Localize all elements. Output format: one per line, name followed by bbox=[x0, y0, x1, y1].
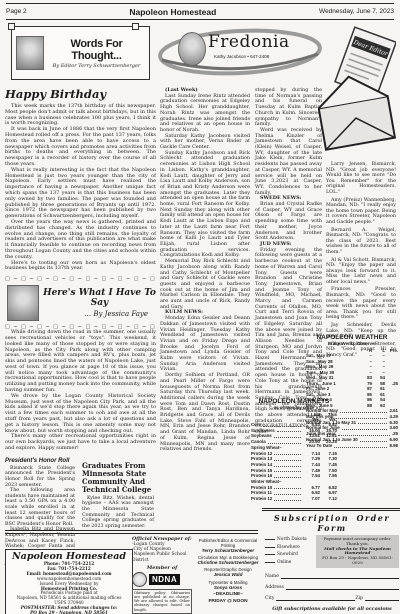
markets-box: NAPOLEON MARKETS as of Monday close Last… bbox=[251, 398, 337, 502]
plan-option: North Dakota bbox=[265, 535, 313, 543]
deadline-value: FRIDAY @ NOON bbox=[196, 599, 260, 604]
staff-box: Publisher/Editor & Commercial Printing T… bbox=[196, 536, 260, 605]
letter: Larry Jensen, Bismarck, ND: "Great job e… bbox=[326, 162, 396, 196]
market-row: Protein 127.077.12 bbox=[251, 496, 337, 502]
article-paragraph: We drove by the Logan County Historical … bbox=[5, 394, 156, 435]
article-paragraph: Word was received by Thelma Kinzler of J… bbox=[255, 128, 322, 196]
graduates-headline: Graduates From Minnesota State Community… bbox=[82, 462, 154, 494]
staff-role: Publisher/Editor & Commercial Printing bbox=[196, 538, 260, 548]
article-paragraph: It was back in June of 1886 that the ver… bbox=[5, 127, 156, 168]
honor-roll-headline: President's Honor Roll bbox=[5, 458, 75, 464]
col-last-week: Last Wk. bbox=[303, 412, 320, 422]
happy-birthday-article: This week marks the 137th birthday of th… bbox=[5, 104, 156, 272]
article-paragraph: Dorthy Solhiem of Portland, OR and Pearl… bbox=[160, 373, 250, 453]
article-paragraph: The following area students have maintai… bbox=[5, 488, 75, 527]
page-number: Page 2 bbox=[6, 8, 27, 15]
page-header: Page 2 Napoleon Homestead Wednesday, Jun… bbox=[6, 3, 394, 20]
deadline-label: –DEADLINE– bbox=[196, 592, 260, 597]
member-of-label: Member of bbox=[132, 565, 192, 571]
article-paragraph: Here's to tooting our own horn as Napole… bbox=[5, 261, 156, 273]
ndna-logo: NDNA bbox=[149, 574, 180, 585]
letter: Al & Val Schott, Bismarck, ND: "Enjoy th… bbox=[326, 258, 396, 286]
payment-notice: Payment must accompany order. Thank you.… bbox=[316, 535, 399, 568]
plan-option: Snowbird bbox=[265, 550, 313, 558]
article-paragraph: Bismarck State College announced the Pre… bbox=[5, 466, 75, 488]
article-paragraph: Over the years the way news is gathered,… bbox=[5, 220, 156, 261]
article-paragraph: There's many other recreational opportun… bbox=[5, 434, 156, 451]
newspaper-title: Napoleon Homestead bbox=[129, 7, 216, 17]
staff-name: Terry Schwartzenberger bbox=[196, 548, 260, 553]
letter-quote: "Great job everyone! Would like to see m… bbox=[326, 168, 396, 195]
letter: Bernard A. Weigel, Bismarck, ND: "Congra… bbox=[326, 228, 396, 256]
official-newspaper-box: Official Newspaper of: -Logan County -Ci… bbox=[132, 536, 192, 614]
words-for-thought-title: Words For Thought... bbox=[46, 38, 147, 62]
article-paragraph: This week marks the 137th birthday of th… bbox=[5, 104, 156, 127]
frame-ornament bbox=[132, 23, 139, 30]
dear-editor-letters: Larry Jensen, Bismarck, ND: "Great job e… bbox=[326, 162, 396, 361]
issue-date: Wednesday, June 7, 2023 bbox=[319, 8, 394, 15]
subscription-form: Subscription Order Form North Dakota Els… bbox=[262, 508, 400, 614]
fredonia-contact: Kathy Jacobson • 647-2408 bbox=[214, 54, 269, 59]
jessica-article: While driving down the road in the summe… bbox=[5, 330, 156, 452]
letter: Amy (Preisz) Wannenberg, Mandan, ND: "I … bbox=[326, 198, 396, 226]
article-paragraph: Saturday Kathy Jacobson visited with her… bbox=[160, 134, 250, 151]
frame-ornament bbox=[8, 23, 15, 30]
staff-name: Christine Schwartzenberger bbox=[196, 560, 260, 565]
words-for-thought-header: Words For Thought... By Editor Terry Sch… bbox=[11, 26, 150, 80]
article-paragraph: While driving down the road in the summe… bbox=[5, 330, 156, 394]
editor-photo bbox=[16, 36, 44, 70]
weather-observer: Bruce Wentz, Observer bbox=[306, 341, 398, 346]
masthead-divider bbox=[5, 530, 258, 534]
fredonia-title: Fredonia bbox=[208, 32, 290, 52]
official-item: -Napoleon Public School District bbox=[132, 552, 192, 562]
gift-subscription-note: Gift subscriptions available for all occ… bbox=[265, 606, 399, 612]
press-association-seal-icon bbox=[132, 572, 147, 587]
markets-columns: Last Wk. This Wk. bbox=[251, 412, 337, 422]
article-paragraph: stopped by during the time of Norman's p… bbox=[255, 88, 322, 128]
plan-option: Elsewhere bbox=[265, 543, 313, 551]
staff-name: Jessica Wald bbox=[196, 572, 260, 577]
article-paragraph: Brian and Crystal Radke of Casper, WY an… bbox=[255, 202, 322, 242]
weather-title: NAPOLEON WEATHER bbox=[306, 334, 398, 341]
article-paragraph: What is really interesting is the fact t… bbox=[5, 168, 156, 220]
plan-option: Online bbox=[265, 558, 313, 566]
staff-name: Sonya Gross bbox=[196, 585, 260, 590]
jessica-photo bbox=[7, 285, 39, 321]
subscription-form-title: Subscription Order Form bbox=[265, 513, 399, 533]
col-this-week: This Wk. bbox=[320, 412, 337, 422]
masthead-contact-box: Napoleon Homestead Phone: 701-754-2212 F… bbox=[5, 549, 133, 614]
words-for-thought-byline: By Editor Terry Schwartzenberger bbox=[46, 63, 147, 69]
article-paragraph: Last Sunday Irene Rintz attended graduat… bbox=[160, 94, 250, 134]
jessica-column-title: Here's What I Have To Say bbox=[43, 288, 156, 308]
kathy-jacobson-photo bbox=[178, 32, 206, 66]
markets-title: NAPOLEON MARKETS bbox=[251, 398, 337, 405]
city-zip-field: CityZip bbox=[265, 595, 399, 601]
fredonia-column-1: (Last Week) Last Sunday Irene Rintz atte… bbox=[160, 88, 250, 453]
jessica-column-header: □ ~ □ ~ □ ~ □ ~ □ ~ □ ~ □ ~ □ ~ □ ~ □ ~ … bbox=[5, 276, 156, 330]
article-paragraph: Monday Edna Geisler and Deann Dakkan of … bbox=[160, 316, 250, 373]
left-column: Words For Thought... By Editor Terry Sch… bbox=[5, 23, 156, 580]
newspaper-page: Page 2 Napoleon Homestead Wednesday, Jun… bbox=[0, 0, 400, 614]
name-field: Name bbox=[265, 573, 399, 579]
dear-editor-envelope-icon: Dear Editor bbox=[318, 26, 396, 156]
address-field: Address bbox=[265, 584, 399, 590]
fredonia-section-header: Fredonia Kathy Jacobson • 647-2408 bbox=[156, 24, 324, 82]
article-paragraph: Sunday Kathy Jacobson and Rick Schlecht … bbox=[160, 151, 250, 259]
article-paragraph: Memorial Day Rick Schlecht and Kathy Jac… bbox=[160, 259, 250, 310]
letter: Frances Pressler, Bismarck, ND: "Good to… bbox=[326, 287, 396, 321]
article-paragraph: Kylee Bitz, Wishek, dental hygiene – AAS… bbox=[82, 496, 154, 530]
markets-subtitle: as of Monday close bbox=[251, 405, 337, 410]
subscription-plans: North Dakota Elsewhere Snowbird Online bbox=[265, 535, 313, 568]
letter-quote: "Enjoy the paper and always look forward… bbox=[326, 263, 396, 285]
jessica-column-byline: ... By Jessica Faye bbox=[43, 310, 156, 318]
happy-birthday-headline: Happy Birthday bbox=[5, 87, 156, 101]
obituary-policy-note: Obituary policy: Obituaries are publishe… bbox=[132, 589, 192, 614]
pattern-border-top: □ ~ □ ~ □ ~ □ ~ □ ~ □ ~ □ ~ □ ~ □ ~ □ ~ … bbox=[5, 276, 156, 282]
